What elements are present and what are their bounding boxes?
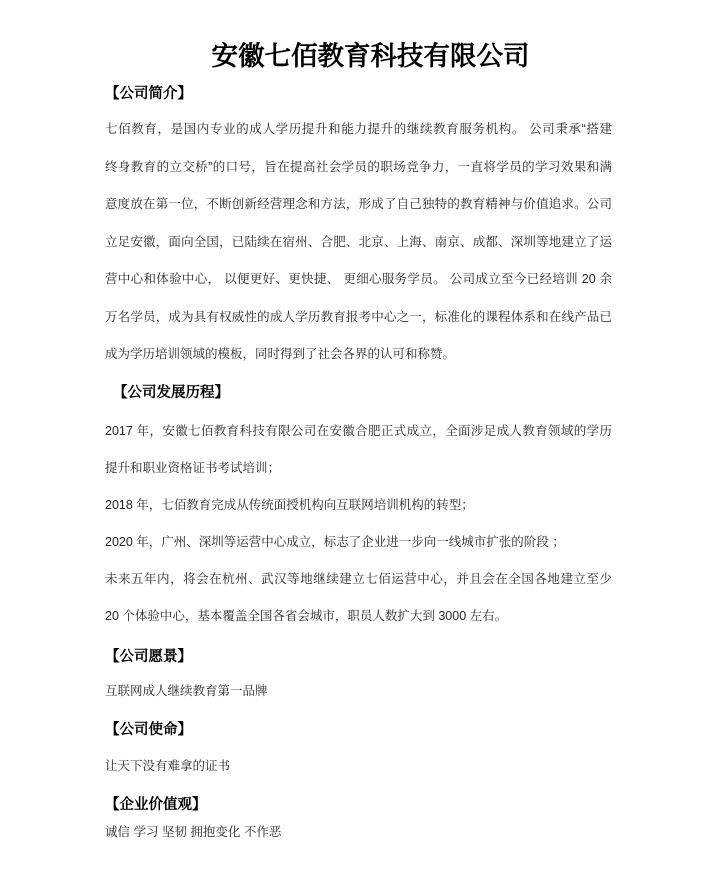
paragraph-line: 成为学历培训领域的模板，同时得到了社会各界的认可和称赞。 <box>105 336 612 374</box>
paragraph-line: 意度放在第一位，不断创新经营理念和方法，形成了自己独特的教育精神与价值追求。公司 <box>105 186 612 224</box>
paragraph-line: 万名学员，成为具有权威性的成人学历教育报考中心之一，标准化的课程体系和在线产品已 <box>105 299 612 337</box>
section-heading-company-vision: 【公司愿景】 <box>105 646 612 668</box>
paragraph-line: 七佰教育，是国内专业的成人学历提升和能力提升的继续教育服务机构。 公司秉承“搭建 <box>105 111 612 149</box>
paragraph-line: 营中心和体验中心， 以便更好、更快捷、 更细心服务学员。 公司成立至今已经培训 … <box>105 261 612 299</box>
history-item-2018: 2018 年，七佰教育完成从传统面授机构向互联网培训机构的转型； <box>105 487 612 524</box>
section-heading-company-mission: 【公司使命】 <box>105 719 612 741</box>
section-heading-company-intro: 【公司简介】 <box>105 83 612 105</box>
history-item-2020: 2020 年，广州、深圳等运营中心成立，标志了企业进一步向一线城市扩张的阶段 ； <box>105 524 612 561</box>
paragraph-line: 终身教育的立交桥”的口号，旨在提高社会学员的职场竞争力，一直将学员的学习效果和满 <box>105 149 612 187</box>
document-content: 安徽七佰教育科技有限公司 【公司简介】 七佰教育，是国内专业的成人学历提升和能力… <box>0 0 713 847</box>
company-values-text: 诚信 学习 坚韧 拥抱变化 不作恶 <box>105 817 612 847</box>
history-item-future-line: 20 个体验中心，基本覆盖全国各省会城市，职员人数扩大到 3000 左右。 <box>105 598 612 635</box>
paragraph-line: 立足安徽，面向全国，已陆续在宿州、合肥、北京、上海、南京、成都、深圳等地建立了运 <box>105 224 612 262</box>
section-heading-company-values: 【企业价值观】 <box>105 794 612 816</box>
page-title: 安徽七佰教育科技有限公司 <box>105 38 612 75</box>
history-item-future-line: 未来五年内，将会在杭州、武汉等地继续建立七佰运营中心，并且会在全国各地建立至少 <box>105 561 612 598</box>
history-item-2017-line: 提升和职业资格证书考试培训； <box>105 450 612 487</box>
section-heading-company-history: 【公司发展历程】 <box>113 382 612 404</box>
document-page: 安徽七佰教育科技有限公司 【公司简介】 七佰教育，是国内专业的成人学历提升和能力… <box>0 0 713 873</box>
company-mission-text: 让天下没有难拿的证书 <box>105 748 612 785</box>
history-item-2017-line: 2017 年，安徽七佰教育科技有限公司在安徽合肥正式成立，全面涉足成人教育领域的… <box>105 413 612 450</box>
company-history-paragraphs: 2017 年，安徽七佰教育科技有限公司在安徽合肥正式成立，全面涉足成人教育领域的… <box>105 413 612 635</box>
company-intro-paragraph: 七佰教育，是国内专业的成人学历提升和能力提升的继续教育服务机构。 公司秉承“搭建… <box>105 111 612 374</box>
company-vision-text: 互联网成人继续教育第一品牌 <box>105 673 612 710</box>
